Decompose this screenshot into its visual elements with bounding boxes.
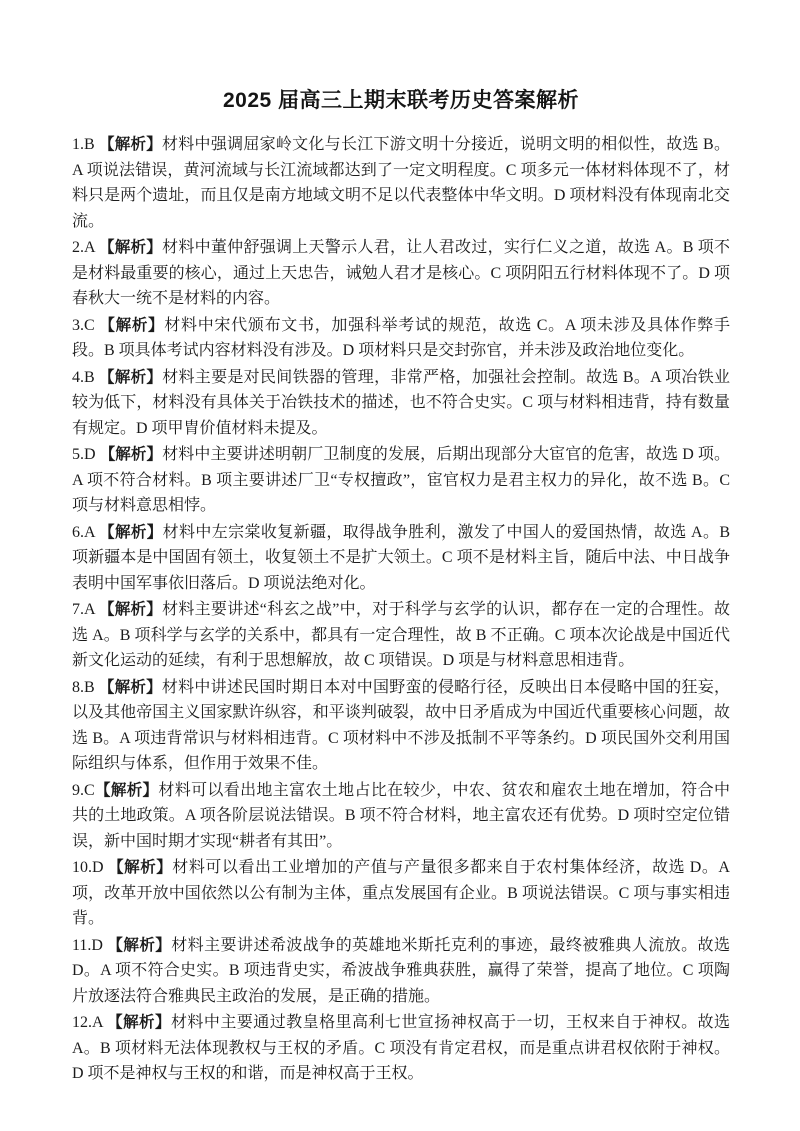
- item-analysis-text: 材料主要是对民间铁器的管理，非常严格，加强社会控制。故选 B。A 项冶铁业较为低…: [72, 369, 730, 437]
- answer-item-6: 6.A 【解析】材料中左宗棠收复新疆，取得战争胜利，激发了中国人的爱国热情，故选…: [72, 520, 730, 597]
- answer-item-12: 12.A 【解析】材料中主要通过教皇格里高利七世宣扬神权高于一切，王权来自于神权…: [72, 1010, 730, 1087]
- analysis-label: 【解析】: [99, 369, 162, 386]
- item-number-answer: 7.A: [72, 601, 99, 618]
- document-page: { "doc": { "title": "2025 届高三上期末联考历史答案解析…: [0, 0, 800, 1131]
- item-analysis-text: 材料主要讲述“科玄之战”中，对于科学与玄学的认识，都存在一定的合理性。故选 A。…: [72, 601, 730, 669]
- item-analysis-text: 材料中董仲舒强调上天警示人君，让人君改过，实行仁义之道，故选 A。B 项不是材料…: [72, 239, 730, 307]
- answer-item-1: 1.B 【解析】材料中强调屈家岭文化与长江下游文明十分接近，说明文明的相似性，故…: [72, 132, 730, 234]
- item-number-answer: 12.A: [72, 1014, 107, 1031]
- answer-item-4: 4.B 【解析】材料主要是对民间铁器的管理，非常严格，加强社会控制。故选 B。A…: [72, 365, 730, 442]
- answer-item-10: 10.D 【解析】材料可以看出工业增加的产值与产量很多都来自于农村集体经济，故选…: [72, 855, 730, 932]
- analysis-label: 【解析】: [108, 859, 172, 876]
- item-number-answer: 4.B: [72, 369, 99, 386]
- analysis-label: 【解析】: [99, 601, 162, 618]
- answer-item-8: 8.B 【解析】材料中讲述民国时期日本对中国野蛮的侵略行径，反映出日本侵略中国的…: [72, 675, 730, 777]
- analysis-label: 【解析】: [99, 524, 163, 541]
- analysis-label: 【解析】: [99, 317, 164, 334]
- item-analysis-text: 材料主要讲述希波战争的英雄地米斯托克利的事迹，最终被雅典人流放。故选 D。A 项…: [72, 937, 730, 1005]
- item-analysis-text: 材料中强调屈家岭文化与长江下游文明十分接近，说明文明的相似性，故选 B。A 项说…: [72, 136, 730, 230]
- analysis-label: 【解析】: [107, 937, 171, 954]
- analysis-label: 【解析】: [107, 1014, 171, 1031]
- answer-item-7: 7.A 【解析】材料主要讲述“科玄之战”中，对于科学与玄学的认识，都存在一定的合…: [72, 597, 730, 674]
- answer-item-2: 2.A 【解析】材料中董仲舒强调上天警示人君，让人君改过，实行仁义之道，故选 A…: [72, 235, 730, 312]
- item-number-answer: 2.A: [72, 239, 99, 256]
- item-number-answer: 9.C: [72, 782, 95, 799]
- answer-sheet: 2025 届高三上期末联考历史答案解析 1.B 【解析】材料中强调屈家岭文化与长…: [0, 0, 800, 1131]
- answer-item-3: 3.C 【解析】材料中宋代颁布文书，加强科举考试的规范，故选 C。A 项未涉及具…: [72, 313, 730, 364]
- page-title: 2025 届高三上期末联考历史答案解析: [72, 84, 730, 114]
- item-analysis-text: 材料可以看出地主富农土地占比在较少，中农、贫农和雇农土地在增加，符合中共的土地政…: [72, 782, 730, 850]
- item-number-answer: 10.D: [72, 859, 108, 876]
- item-number-answer: 8.B: [72, 679, 99, 696]
- item-analysis-text: 材料中主要通过教皇格里高利七世宣扬神权高于一切，王权来自于神权。故选 A。B 项…: [72, 1014, 730, 1082]
- item-analysis-text: 材料中左宗棠收复新疆，取得战争胜利，激发了中国人的爱国热情，故选 A。B 项新疆…: [72, 524, 730, 592]
- analysis-label: 【解析】: [99, 679, 162, 696]
- item-analysis-text: 材料中宋代颁布文书，加强科举考试的规范，故选 C。A 项未涉及具体作弊手段。B …: [72, 317, 730, 360]
- item-number-answer: 1.B: [72, 136, 99, 153]
- item-number-answer: 6.A: [72, 524, 99, 541]
- answer-item-11: 11.D 【解析】材料主要讲述希波战争的英雄地米斯托克利的事迹，最终被雅典人流放…: [72, 933, 730, 1010]
- analysis-label: 【解析】: [100, 446, 163, 463]
- analysis-label: 【解析】: [95, 782, 159, 799]
- analysis-label: 【解析】: [99, 136, 162, 153]
- item-analysis-text: 材料中主要讲述明朝厂卫制度的发展，后期出现部分大宦官的危害，故选 D 项。A 项…: [72, 446, 730, 514]
- answer-item-5: 5.D 【解析】材料中主要讲述明朝厂卫制度的发展，后期出现部分大宦官的危害，故选…: [72, 442, 730, 519]
- item-analysis-text: 材料中讲述民国时期日本对中国野蛮的侵略行径，反映出日本侵略中国的狂妄，以及其他帝…: [72, 679, 730, 773]
- analysis-label: 【解析】: [99, 239, 162, 256]
- item-number-answer: 3.C: [72, 317, 99, 334]
- answer-item-9: 9.C【解析】材料可以看出地主富农土地占比在较少，中农、贫农和雇农土地在增加，符…: [72, 778, 730, 855]
- item-number-answer: 5.D: [72, 446, 100, 463]
- item-number-answer: 11.D: [72, 937, 107, 954]
